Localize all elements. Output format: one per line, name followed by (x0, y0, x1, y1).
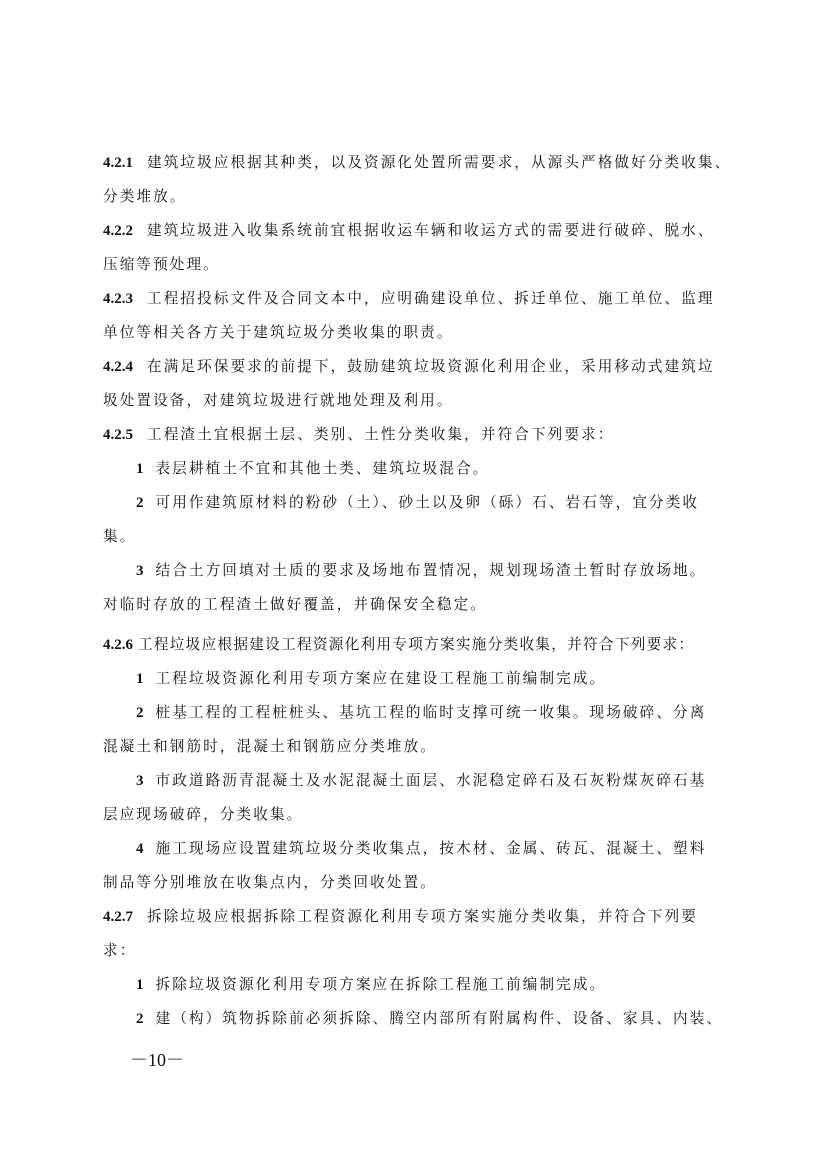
list-item: 3市政道路沥青混凝土及水泥混凝土面层、水泥稳定碎石及石灰粉煤灰碎石基 (136, 771, 706, 791)
list-item: 4施工现场应设置建筑垃圾分类收集点，按木材、金属、砖瓦、混凝土、塑料 (136, 839, 706, 859)
clause-text: 单位等相关各方关于建筑垃圾分类收集的职责。 (103, 323, 454, 343)
clause-text: 圾处置设备，对建筑垃圾进行就地处理及利用。 (103, 391, 454, 411)
list-item: 2建（构）筑物拆除前必须拆除、腾空内部所有附属构件、设备、家具、内装、 (136, 1009, 723, 1029)
list-item-text: 集。 (103, 527, 136, 547)
clause-text: 求： (103, 941, 136, 961)
clause-text: 压缩等预处理。 (103, 255, 220, 275)
clause-text: 分类堆放。 (103, 187, 186, 207)
page-number: －10－ (130, 1046, 184, 1072)
list-item: 2可用作建筑原材料的粉砂（土）、砂土以及卵（砾）石、岩石等，宜分类收 (136, 493, 699, 513)
list-item-text: 制品等分别堆放在收集点内，分类回收处置。 (103, 873, 437, 893)
clause-4-2-7: 4.2.7拆除垃圾应根据拆除工程资源化利用专项方案实施分类收集，并符合下列要 (103, 907, 698, 927)
list-item: 2桩基工程的工程桩桩头、基坑工程的临时支撑可统一收集。现场破碎、分离 (136, 703, 706, 723)
clause-4-2-5: 4.2.5工程渣土宜根据土层、类别、土性分类收集，并符合下列要求： (103, 425, 614, 445)
clause-4-2-1: 4.2.1建筑垃圾应根据其种类，以及资源化处置所需要求，从源头严格做好分类收集、 (103, 153, 731, 173)
clause-4-2-2: 4.2.2建筑垃圾进入收集系统前宜根据收运车辆和收运方式的需要进行破碎、脱水、 (103, 221, 715, 241)
list-item-text: 对临时存放的工程渣土做好覆盖，并确保安全稳定。 (103, 595, 487, 615)
clause-4-2-3: 4.2.3工程招投标文件及合同文本中，应明确建设单位、拆迁单位、施工单位、监理 (103, 289, 715, 309)
list-item-text: 混凝土和钢筋时，混凝土和钢筋应分类堆放。 (103, 737, 437, 757)
clause-4-2-4: 4.2.4在满足环保要求的前提下，鼓励建筑垃圾资源化利用企业，采用移动式建筑垃 (103, 357, 715, 377)
list-item: 1工程垃圾资源化利用专项方案应在建设工程施工前编制完成。 (136, 669, 606, 689)
list-item: 1表层耕植土不宜和其他土类、建筑垃圾混合。 (136, 459, 489, 479)
list-item: 3结合土方回填对土质的要求及场地布置情况，规划现场渣土暂时存放场地。 (136, 561, 706, 581)
list-item: 1拆除垃圾资源化利用专项方案应在拆除工程施工前编制完成。 (136, 975, 606, 995)
clause-4-2-6: 4.2.6工程垃圾应根据建设工程资源化利用专项方案实施分类收集，并符合下列要求： (103, 635, 694, 655)
list-item-text: 层应现场破碎，分类收集。 (103, 805, 303, 825)
